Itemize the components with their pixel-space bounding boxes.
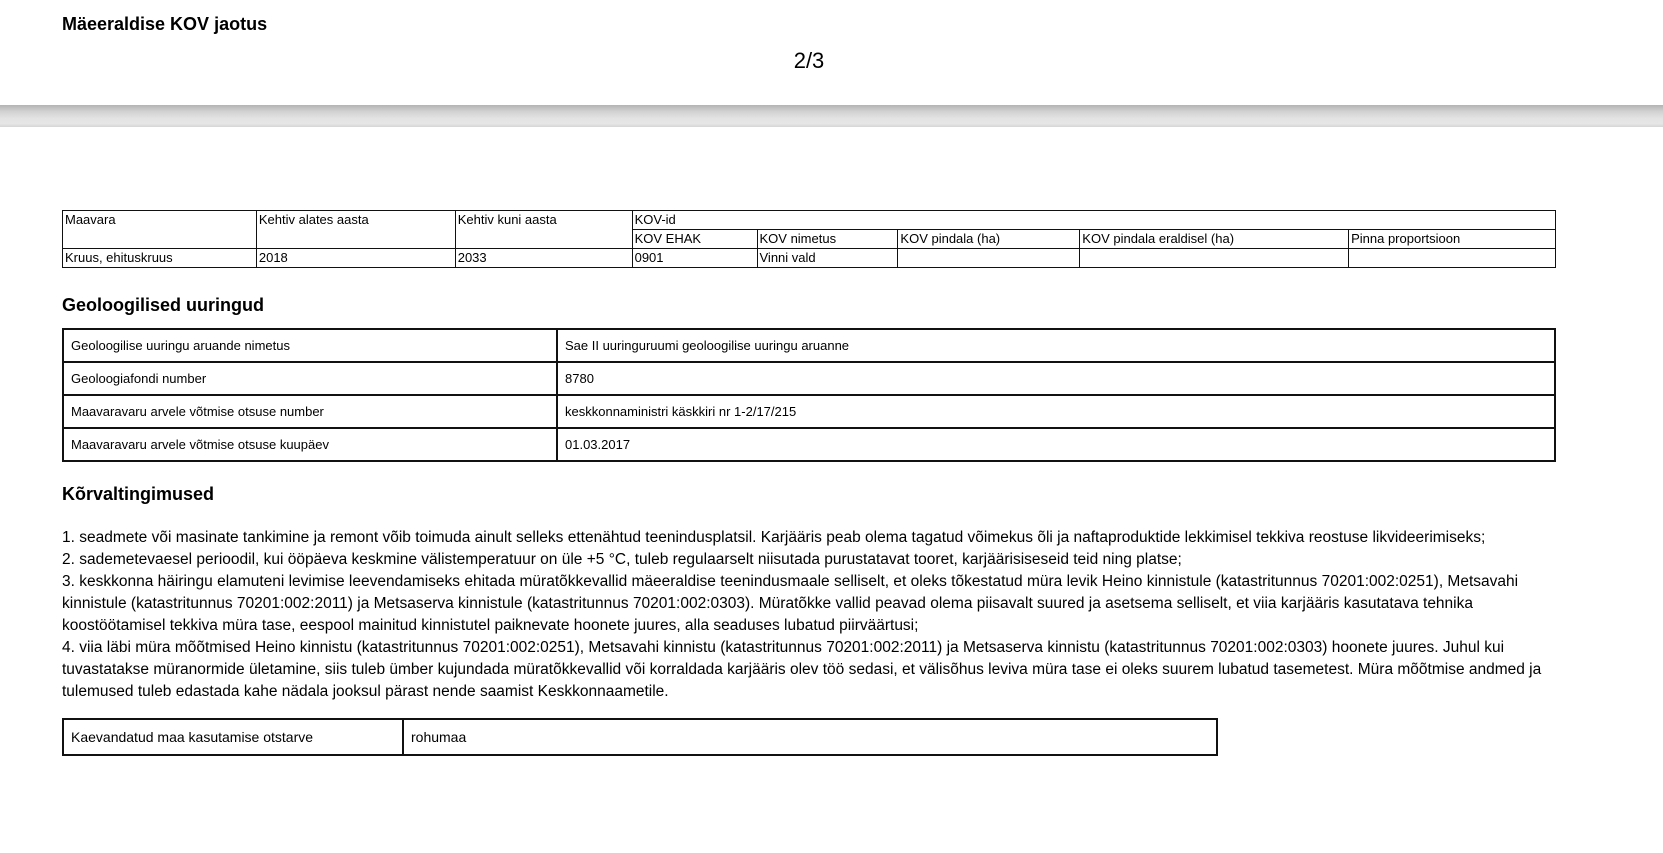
kov-distribution-table: Maavara Kehtiv alates aasta Kehtiv kuni … (62, 210, 1556, 268)
header-kov-id: KOV-id (632, 211, 1555, 230)
cell-kov-ehak: 0901 (632, 249, 757, 268)
geo-value-report-name: Sae II uuringuruumi geoloogilise uuringu… (557, 329, 1555, 362)
geo-value-decision-number: keskkonnaministri käskkiri nr 1-2/17/215 (557, 395, 1555, 428)
header-pinna-proportsioon: Pinna proportsioon (1349, 230, 1556, 249)
cell-kov-nimetus: Vinni vald (757, 249, 898, 268)
conditions-section-title: Kõrvaltingimused (62, 484, 214, 505)
table-header-row: Maavara Kehtiv alates aasta Kehtiv kuni … (63, 211, 1556, 230)
header-maavara: Maavara (63, 211, 257, 249)
geological-section-title: Geoloogilised uuringud (62, 295, 264, 316)
conditions-list: 1. seadmete või masinate tankimine ja re… (62, 527, 1562, 703)
table-row: Kruus, ehituskruus 2018 2033 0901 Vinni … (63, 249, 1556, 268)
geo-label-decision-number: Maavaravaru arvele võtmise otsuse number (63, 395, 557, 428)
table-row: Geoloogiafondi number 8780 (63, 362, 1555, 395)
land-use-label: Kaevandatud maa kasutamise otstarve (63, 719, 403, 755)
cell-kov-pindala (898, 249, 1080, 268)
header-kehtiv-kuni: Kehtiv kuni aasta (455, 211, 632, 249)
condition-item: 3. keskkonna häiringu elamuteni levimise… (62, 571, 1562, 637)
header-kehtiv-alates: Kehtiv alates aasta (256, 211, 455, 249)
geo-label-decision-date: Maavaravaru arvele võtmise otsuse kuupäe… (63, 428, 557, 461)
condition-item: 2. sademetevaesel perioodil, kui ööpäeva… (62, 549, 1562, 571)
cell-kehtiv-alates: 2018 (256, 249, 455, 268)
land-use-table: Kaevandatud maa kasutamise otstarve rohu… (62, 718, 1218, 756)
table-row: Geoloogilise uuringu aruande nimetus Sae… (63, 329, 1555, 362)
cell-kehtiv-kuni: 2033 (455, 249, 632, 268)
land-use-value: rohumaa (403, 719, 1217, 755)
cell-pinna-proportsioon (1349, 249, 1556, 268)
table-row: Maavaravaru arvele võtmise otsuse kuupäe… (63, 428, 1555, 461)
geo-value-fund-number: 8780 (557, 362, 1555, 395)
cell-maavara: Kruus, ehituskruus (63, 249, 257, 268)
header-kov-nimetus: KOV nimetus (757, 230, 898, 249)
table-row: Maavaravaru arvele võtmise otsuse number… (63, 395, 1555, 428)
geo-label-fund-number: Geoloogiafondi number (63, 362, 557, 395)
condition-item: 4. viia läbi müra mõõtmised Heino kinnis… (62, 637, 1562, 703)
geological-table: Geoloogilise uuringu aruande nimetus Sae… (62, 328, 1556, 462)
condition-item: 1. seadmete või masinate tankimine ja re… (62, 527, 1562, 549)
geo-value-decision-date: 01.03.2017 (557, 428, 1555, 461)
page-break-separator (0, 105, 1663, 127)
document-title: Mäeeraldise KOV jaotus (62, 14, 267, 35)
cell-kov-pindala-eraldisel (1080, 249, 1349, 268)
geo-label-report-name: Geoloogilise uuringu aruande nimetus (63, 329, 557, 362)
header-kov-pindala-eraldisel: KOV pindala eraldisel (ha) (1080, 230, 1349, 249)
header-kov-pindala: KOV pindala (ha) (898, 230, 1080, 249)
table-row: Kaevandatud maa kasutamise otstarve rohu… (63, 719, 1217, 755)
header-kov-ehak: KOV EHAK (632, 230, 757, 249)
page-indicator: 2/3 (0, 48, 1618, 74)
